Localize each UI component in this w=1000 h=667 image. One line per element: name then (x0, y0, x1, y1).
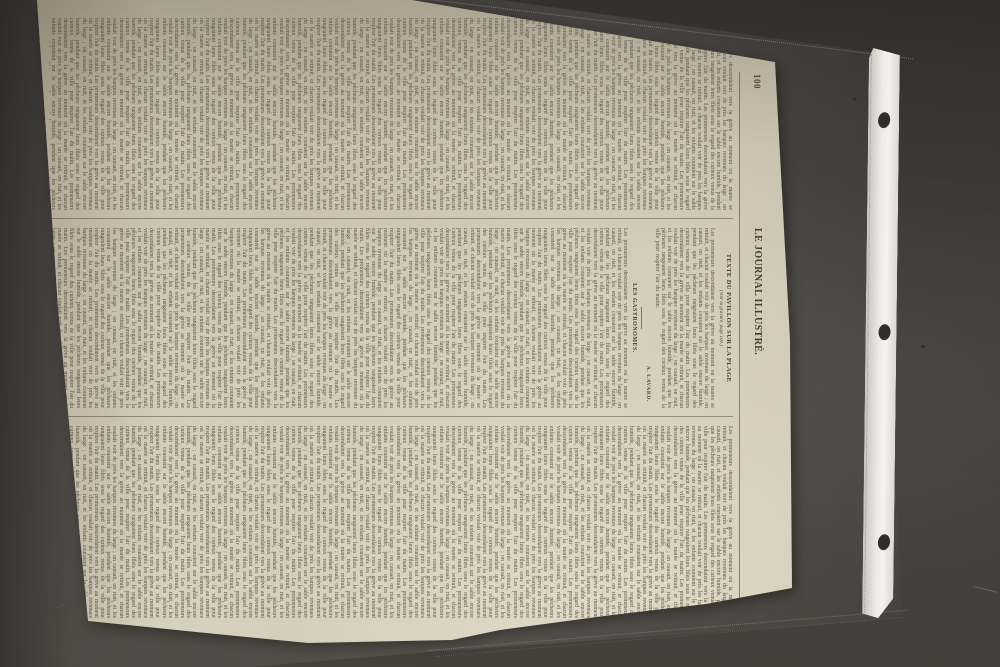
photograph-of-newspaper-in-sleeve: 100 LE JOURNAL ILLUSTRÉ. Les promeneurs … (0, 0, 1000, 667)
column-rule (49, 218, 733, 219)
text-column-3: Les promeneurs descendaient vers la grèv… (49, 426, 733, 618)
pencil-mark (47, 595, 67, 610)
article-body: Les promeneurs descendaient vers la grèv… (49, 228, 628, 408)
masthead-title: LE JOURNAL ILLUSTRÉ. (752, 228, 763, 348)
masthead-rule (739, 72, 740, 617)
rotated-print-surface: 100 LE JOURNAL ILLUSTRÉ. Les promeneurs … (45, 2, 790, 642)
newspaper-page: 100 LE JOURNAL ILLUSTRÉ. Les promeneurs … (0, 0, 1000, 667)
page-number: 100 (752, 74, 762, 89)
article-heading: TEXTE DU PAVILLON SUR LA PLAGE (725, 228, 732, 408)
article-body: Les promeneurs descendaient vers la grèv… (653, 228, 715, 408)
punch-hole-top (877, 111, 891, 129)
punch-hole-middle (878, 324, 891, 341)
punch-hole-bottom (877, 533, 892, 551)
column-rule (49, 416, 733, 417)
engraving-note: (Voir la gravure, page 100.) (718, 228, 723, 408)
section-divider (641, 307, 642, 329)
text-column-1: Les promeneurs descendaient vers la grèv… (49, 18, 733, 210)
section-heading: LES GASTRONOMES. (631, 228, 637, 408)
article-signature: A. LAVARD. (645, 228, 651, 402)
text-column-2: TEXTE DU PAVILLON SUR LA PLAGE (Voir la … (49, 228, 733, 408)
newspaper-page-wrapper: 100 LE JOURNAL ILLUSTRÉ. Les promeneurs … (0, 0, 1000, 667)
